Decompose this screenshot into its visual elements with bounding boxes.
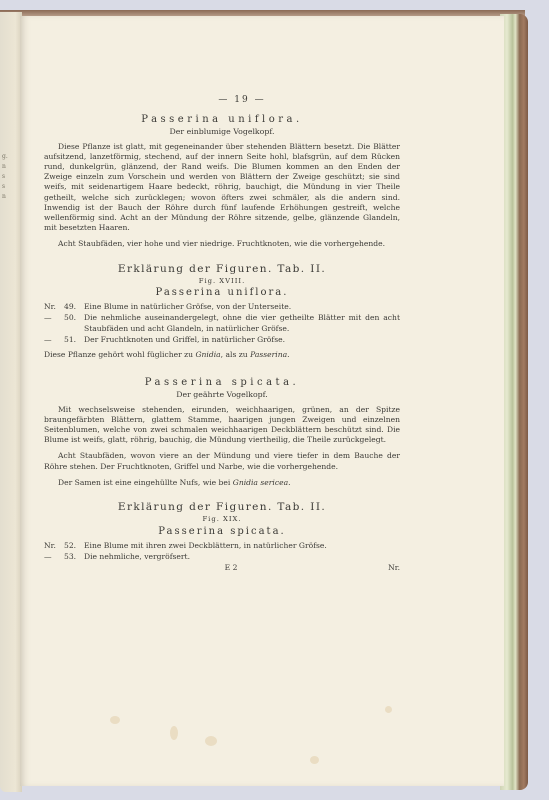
figure-item-prefix: — [44,335,64,345]
figure-item-text: Der Fruchtknoten und Griffel, in natürli… [84,335,400,345]
figure-species: Passerina spicata. [44,527,400,537]
left-page-fragment: s [2,172,5,181]
note-text: . [287,350,289,359]
figure-explanation-heading: Erklärung der Figuren. Tab. II. [44,502,400,512]
figure-label: Fig. XIX. [44,514,400,524]
catchword: Nr. [388,563,400,573]
foxing-stain [385,706,392,713]
genus-name: Passerina [250,350,287,359]
figure-item-number: 50. [64,313,84,333]
common-name: Der geährte Vogelkopf. [44,390,400,400]
description-paragraph: Mit wechselsweise stehenden, eirunden, w… [44,405,400,446]
page-footer: E 2 Nr. [44,563,400,573]
left-page-edge: g. n s s n [0,12,22,792]
figure-item-prefix: — [44,552,64,562]
figure-item-text: Die nehmliche auseinandergelegt, ohne di… [84,313,400,333]
page-content: — 19 — Passerina uniflora. Der einblumig… [44,95,400,573]
species-title: Passerina spicata. [44,378,400,388]
foxing-stain [110,716,120,724]
common-name: Der einblumige Vogelkopf. [44,127,400,137]
seed-note: Der Samen ist eine eingehüllte Nufs, wie… [44,478,400,488]
note-text: Diese Pflanze gehört wohl füglicher zu [44,350,195,359]
figure-item-prefix: — [44,313,64,333]
figure-explanation-heading: Erklärung der Figuren. Tab. II. [44,264,400,274]
description-paragraph: Diese Pflanze ist glatt, mit gegeneinand… [44,142,400,234]
description-paragraph: Acht Staubfäden, vier hohe und vier nied… [44,239,400,249]
figure-item-text: Eine Blume mit ihren zwei Deckblättern, … [84,541,400,551]
figure-item-number: 51. [64,335,84,345]
figure-item: — 53. Die nehmliche, vergröfsert. [44,552,400,562]
figure-item-text: Die nehmliche, vergröfsert. [84,552,400,562]
figure-item: — 51. Der Fruchtknoten und Griffel, in n… [44,335,400,345]
species-title: Passerina uniflora. [44,115,400,125]
description-paragraph: Acht Staubfäden, wovon viere an der Münd… [44,451,400,471]
signature-mark: E 2 [44,563,388,573]
note-text: . [288,478,290,487]
figure-item-text: Eine Blume in natürlicher Gröfse, von de… [84,302,400,312]
genus-name: Gnidia [195,350,220,359]
page-number: — 19 — [44,95,400,105]
figure-item-prefix: Nr. [44,302,64,312]
figure-item-number: 52. [64,541,84,551]
figure-item: Nr. 52. Eine Blume mit ihren zwei Deckbl… [44,541,400,551]
foxing-stain [170,726,178,740]
taxonomy-note: Diese Pflanze gehört wohl füglicher zu G… [44,350,400,360]
left-page-fragment: g. [2,152,8,161]
figure-item-number: 49. [64,302,84,312]
figure-label: Fig. XVIII. [44,276,400,286]
figure-item-prefix: Nr. [44,541,64,551]
figure-item: Nr. 49. Eine Blume in natürlicher Gröfse… [44,302,400,312]
foxing-stain [205,736,217,746]
book-fore-edge [500,14,528,790]
foxing-stain [310,756,319,764]
left-page-fragment: s [2,182,5,191]
note-text: , als zu [221,350,250,359]
figure-species: Passerina uniflora. [44,288,400,298]
figure-item-number: 53. [64,552,84,562]
species-name: Gnidia sericea [233,478,288,487]
left-page-fragment: n [2,192,6,201]
left-page-fragment: n [2,162,6,171]
note-text: Der Samen ist eine eingehüllte Nufs, wie… [58,478,233,487]
figure-item: — 50. Die nehmliche auseinandergelegt, o… [44,313,400,333]
